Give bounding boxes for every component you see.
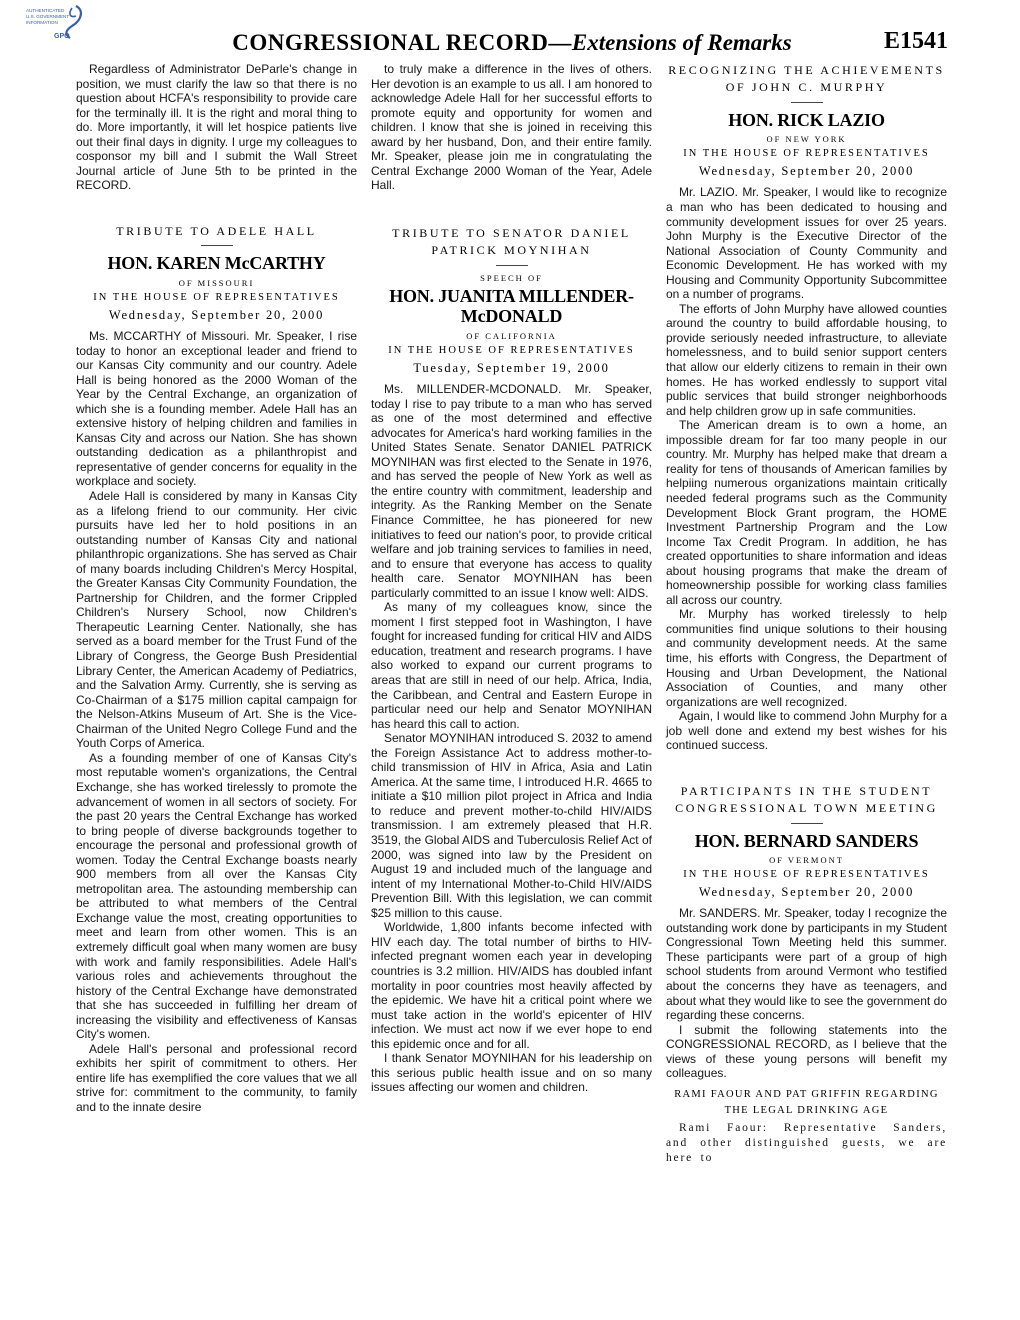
chamber-line: IN THE HOUSE OF REPRESENTATIVES — [666, 148, 947, 159]
statement-paragraph: Rami Faour: Representative Sanders, and … — [666, 1121, 947, 1166]
section-student-town-meeting: PARTICIPANTS IN THE STUDENT CONGRESSIONA… — [666, 783, 947, 1167]
chamber-line: IN THE HOUSE OF REPRESENTATIVES — [76, 292, 357, 303]
speech-date: Wednesday, September 20, 2000 — [76, 308, 357, 323]
record-subtitle: Extensions of Remarks — [572, 30, 792, 55]
paragraph: Mr. SANDERS. Mr. Speaker, today I recogn… — [666, 906, 947, 1022]
swoosh-curve-small — [70, 8, 76, 17]
speaker-state: OF CALIFORNIA — [371, 331, 652, 341]
congressional-record-page: AUTHENTICATED U.S. GOVERNMENT INFORMATIO… — [0, 0, 1020, 1320]
section-tribute-adele-hall: TRIBUTE TO ADELE HALL HON. KAREN McCARTH… — [76, 223, 357, 1115]
title-dash: — — [548, 30, 572, 55]
section-heading: RECOGNIZING THE ACHIEVEMENTS OF JOHN C. … — [666, 62, 947, 97]
heading-rule — [791, 823, 823, 824]
paragraph: I submit the following statements into t… — [666, 1023, 947, 1081]
paragraph: Ms. MCCARTHY of Missouri. Mr. Speaker, I… — [76, 329, 357, 489]
section-heading: PARTICIPANTS IN THE STUDENT CONGRESSIONA… — [666, 783, 947, 818]
stamp-line-3: INFORMATION — [26, 20, 58, 25]
paragraph: The American dream is to own a home, an … — [666, 418, 947, 607]
section-heading: TRIBUTE TO ADELE HALL — [76, 223, 357, 240]
speaker-state: OF NEW YORK — [666, 134, 947, 144]
speech-date: Wednesday, September 20, 2000 — [666, 164, 947, 179]
paragraph: Adele Hall's personal and professional r… — [76, 1042, 357, 1115]
stamp-line-2: U.S. GOVERNMENT — [26, 14, 69, 19]
heading-rule — [201, 245, 233, 246]
column-1: Regardless of Administrator DeParle's ch… — [76, 62, 357, 1166]
speaker-state: OF MISSOURI — [76, 278, 357, 288]
speaker-name: HON. RICK LAZIO — [666, 110, 947, 131]
speaker-state: OF VERMONT — [666, 855, 947, 865]
speech-date: Wednesday, September 20, 2000 — [666, 885, 947, 900]
paragraph: Adele Hall is considered by many in Kans… — [76, 489, 357, 751]
continuation-paragraph: to truly make a difference in the lives … — [371, 62, 652, 193]
paragraph: As many of my colleagues know, since the… — [371, 600, 652, 731]
chamber-line: IN THE HOUSE OF REPRESENTATIVES — [666, 869, 947, 880]
speech-date: Tuesday, September 19, 2000 — [371, 361, 652, 376]
paragraph: Mr. LAZIO. Mr. Speaker, I would like to … — [666, 185, 947, 301]
speaker-name: HON. JUANITA MILLENDER-McDONALD — [371, 286, 652, 327]
record-title: CONGRESSIONAL RECORD — [232, 30, 548, 55]
speaker-name: HON. KAREN McCARTHY — [76, 253, 357, 274]
paragraph: Mr. Murphy has worked tirelessly to help… — [666, 607, 947, 709]
paragraph: Worldwide, 1,800 infants become infected… — [371, 920, 652, 1051]
page-number: E1541 — [884, 28, 948, 55]
paragraph: Senator MOYNIHAN introduced S. 2032 to a… — [371, 731, 652, 920]
heading-rule — [496, 265, 528, 266]
paragraph: The efforts of John Murphy have allowed … — [666, 302, 947, 418]
speech-of-label: SPEECH OF — [371, 273, 652, 283]
paragraph: As a founding member of one of Kansas Ci… — [76, 751, 357, 1042]
statement-heading: RAMI FAOUR AND PAT GRIFFIN REGARDING THE… — [666, 1087, 947, 1119]
section-recognizing-murphy: RECOGNIZING THE ACHIEVEMENTS OF JOHN C. … — [666, 62, 947, 753]
section-heading: TRIBUTE TO SENATOR DANIEL PATRICK MOYNIH… — [371, 225, 652, 260]
continuation-paragraph: Regardless of Administrator DeParle's ch… — [76, 62, 357, 193]
stamp-line-1: AUTHENTICATED — [26, 8, 65, 13]
masthead: CONGRESSIONAL RECORD—Extensions of Remar… — [76, 30, 948, 56]
column-2: to truly make a difference in the lives … — [371, 62, 652, 1166]
content-columns: Regardless of Administrator DeParle's ch… — [76, 62, 947, 1166]
paragraph: I thank Senator MOYNIHAN for his leaders… — [371, 1051, 652, 1095]
section-tribute-moynihan: TRIBUTE TO SENATOR DANIEL PATRICK MOYNIH… — [371, 225, 652, 1095]
chamber-line: IN THE HOUSE OF REPRESENTATIVES — [371, 345, 652, 356]
paragraph: Again, I would like to commend John Murp… — [666, 709, 947, 753]
column-3: RECOGNIZING THE ACHIEVEMENTS OF JOHN C. … — [666, 62, 947, 1166]
heading-rule — [791, 102, 823, 103]
speaker-name: HON. BERNARD SANDERS — [666, 831, 947, 852]
paragraph: Ms. MILLENDER-MCDONALD. Mr. Speaker, tod… — [371, 382, 652, 600]
